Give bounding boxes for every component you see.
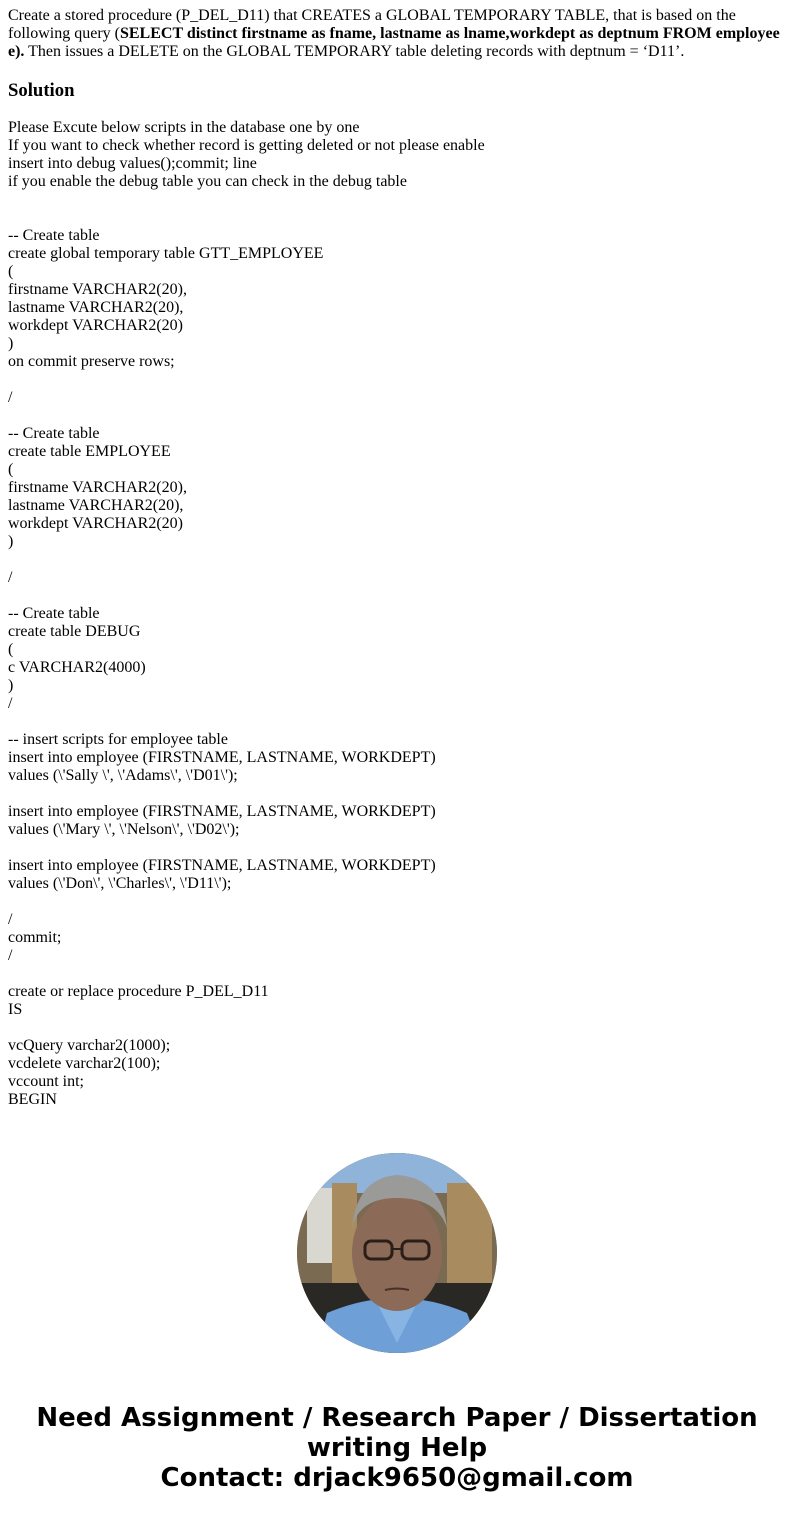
code-line: (: [8, 461, 786, 479]
code-line: [8, 965, 786, 983]
code-line: [8, 551, 786, 569]
code-line: [8, 713, 786, 731]
author-portrait-icon: [297, 1153, 497, 1353]
code-line: [8, 407, 786, 425]
code-line: [8, 191, 786, 209]
code-line: /: [8, 695, 786, 713]
intro-line: if you enable the debug table you can ch…: [8, 173, 786, 191]
code-line: insert into employee (FIRSTNAME, LASTNAM…: [8, 803, 786, 821]
question-text: Create a stored procedure (P_DEL_D11) th…: [8, 7, 786, 61]
intro-line: insert into debug values();commit; line: [8, 155, 786, 173]
code-line: values (\'Sally \', \'Adams\', \'D01\');: [8, 767, 786, 785]
code-line: [8, 209, 786, 227]
code-line: -- insert scripts for employee table: [8, 731, 786, 749]
code-line: insert into employee (FIRSTNAME, LASTNAM…: [8, 857, 786, 875]
code-line: vcdelete varchar2(100);: [8, 1055, 786, 1073]
footer-line-2: writing Help: [0, 1433, 794, 1463]
code-line: -- Create table: [8, 605, 786, 623]
code-line: -- Create table: [8, 227, 786, 245]
code-line: ): [8, 533, 786, 551]
code-line: values (\'Don\', \'Charles\', \'D11\');: [8, 875, 786, 893]
avatar: [297, 1153, 497, 1353]
code-line: (: [8, 263, 786, 281]
code-line: /: [8, 947, 786, 965]
code-line: /: [8, 569, 786, 587]
solution-heading: Solution: [8, 80, 786, 102]
code-line: create table EMPLOYEE: [8, 443, 786, 461]
solution-code: -- Create tablecreate global temporary t…: [8, 191, 786, 1122]
code-line: create or replace procedure P_DEL_D11: [8, 983, 786, 1001]
code-line: commit;: [8, 929, 786, 947]
footer-contact: Contact: drjack9650@gmail.com: [0, 1463, 794, 1493]
code-line: [8, 587, 786, 605]
code-line: (: [8, 641, 786, 659]
code-line: lastname VARCHAR2(20),: [8, 299, 786, 317]
code-line: on commit preserve rows;: [8, 353, 786, 371]
code-line: lastname VARCHAR2(20),: [8, 497, 786, 515]
intro-line: Please Excute below scripts in the datab…: [8, 119, 786, 137]
code-line: /: [8, 389, 786, 407]
code-line: create table DEBUG: [8, 623, 786, 641]
solution-intro: Please Excute below scripts in the datab…: [8, 119, 786, 191]
code-line: ): [8, 335, 786, 353]
code-line: firstname VARCHAR2(20),: [8, 281, 786, 299]
code-line: ): [8, 677, 786, 695]
code-line: c VARCHAR2(4000): [8, 659, 786, 677]
code-line: [8, 1019, 786, 1037]
code-line: [8, 371, 786, 389]
code-line: /: [8, 911, 786, 929]
code-line: firstname VARCHAR2(20),: [8, 479, 786, 497]
code-line: values (\'Mary \', \'Nelson\', \'D02\');: [8, 821, 786, 839]
code-line: IS: [8, 1001, 786, 1019]
code-line: workdept VARCHAR2(20): [8, 317, 786, 335]
document-content: Create a stored procedure (P_DEL_D11) th…: [8, 7, 786, 1122]
code-line: BEGIN: [8, 1091, 786, 1109]
code-line: create global temporary table GTT_EMPLOY…: [8, 245, 786, 263]
code-line: [8, 839, 786, 857]
code-line: workdept VARCHAR2(20): [8, 515, 786, 533]
code-line: [8, 785, 786, 803]
code-line: vccount int;: [8, 1073, 786, 1091]
code-line: [8, 893, 786, 911]
intro-line: If you want to check whether record is g…: [8, 137, 786, 155]
footer-line-1: Need Assignment / Research Paper / Disse…: [0, 1403, 794, 1433]
footer-ad: Need Assignment / Research Paper / Disse…: [0, 1403, 794, 1493]
question-suffix: Then issues a DELETE on the GLOBAL TEMPO…: [24, 43, 684, 60]
code-line: [8, 1109, 786, 1122]
code-line: vcQuery varchar2(1000);: [8, 1037, 786, 1055]
code-line: insert into employee (FIRSTNAME, LASTNAM…: [8, 749, 786, 767]
code-line: -- Create table: [8, 425, 786, 443]
